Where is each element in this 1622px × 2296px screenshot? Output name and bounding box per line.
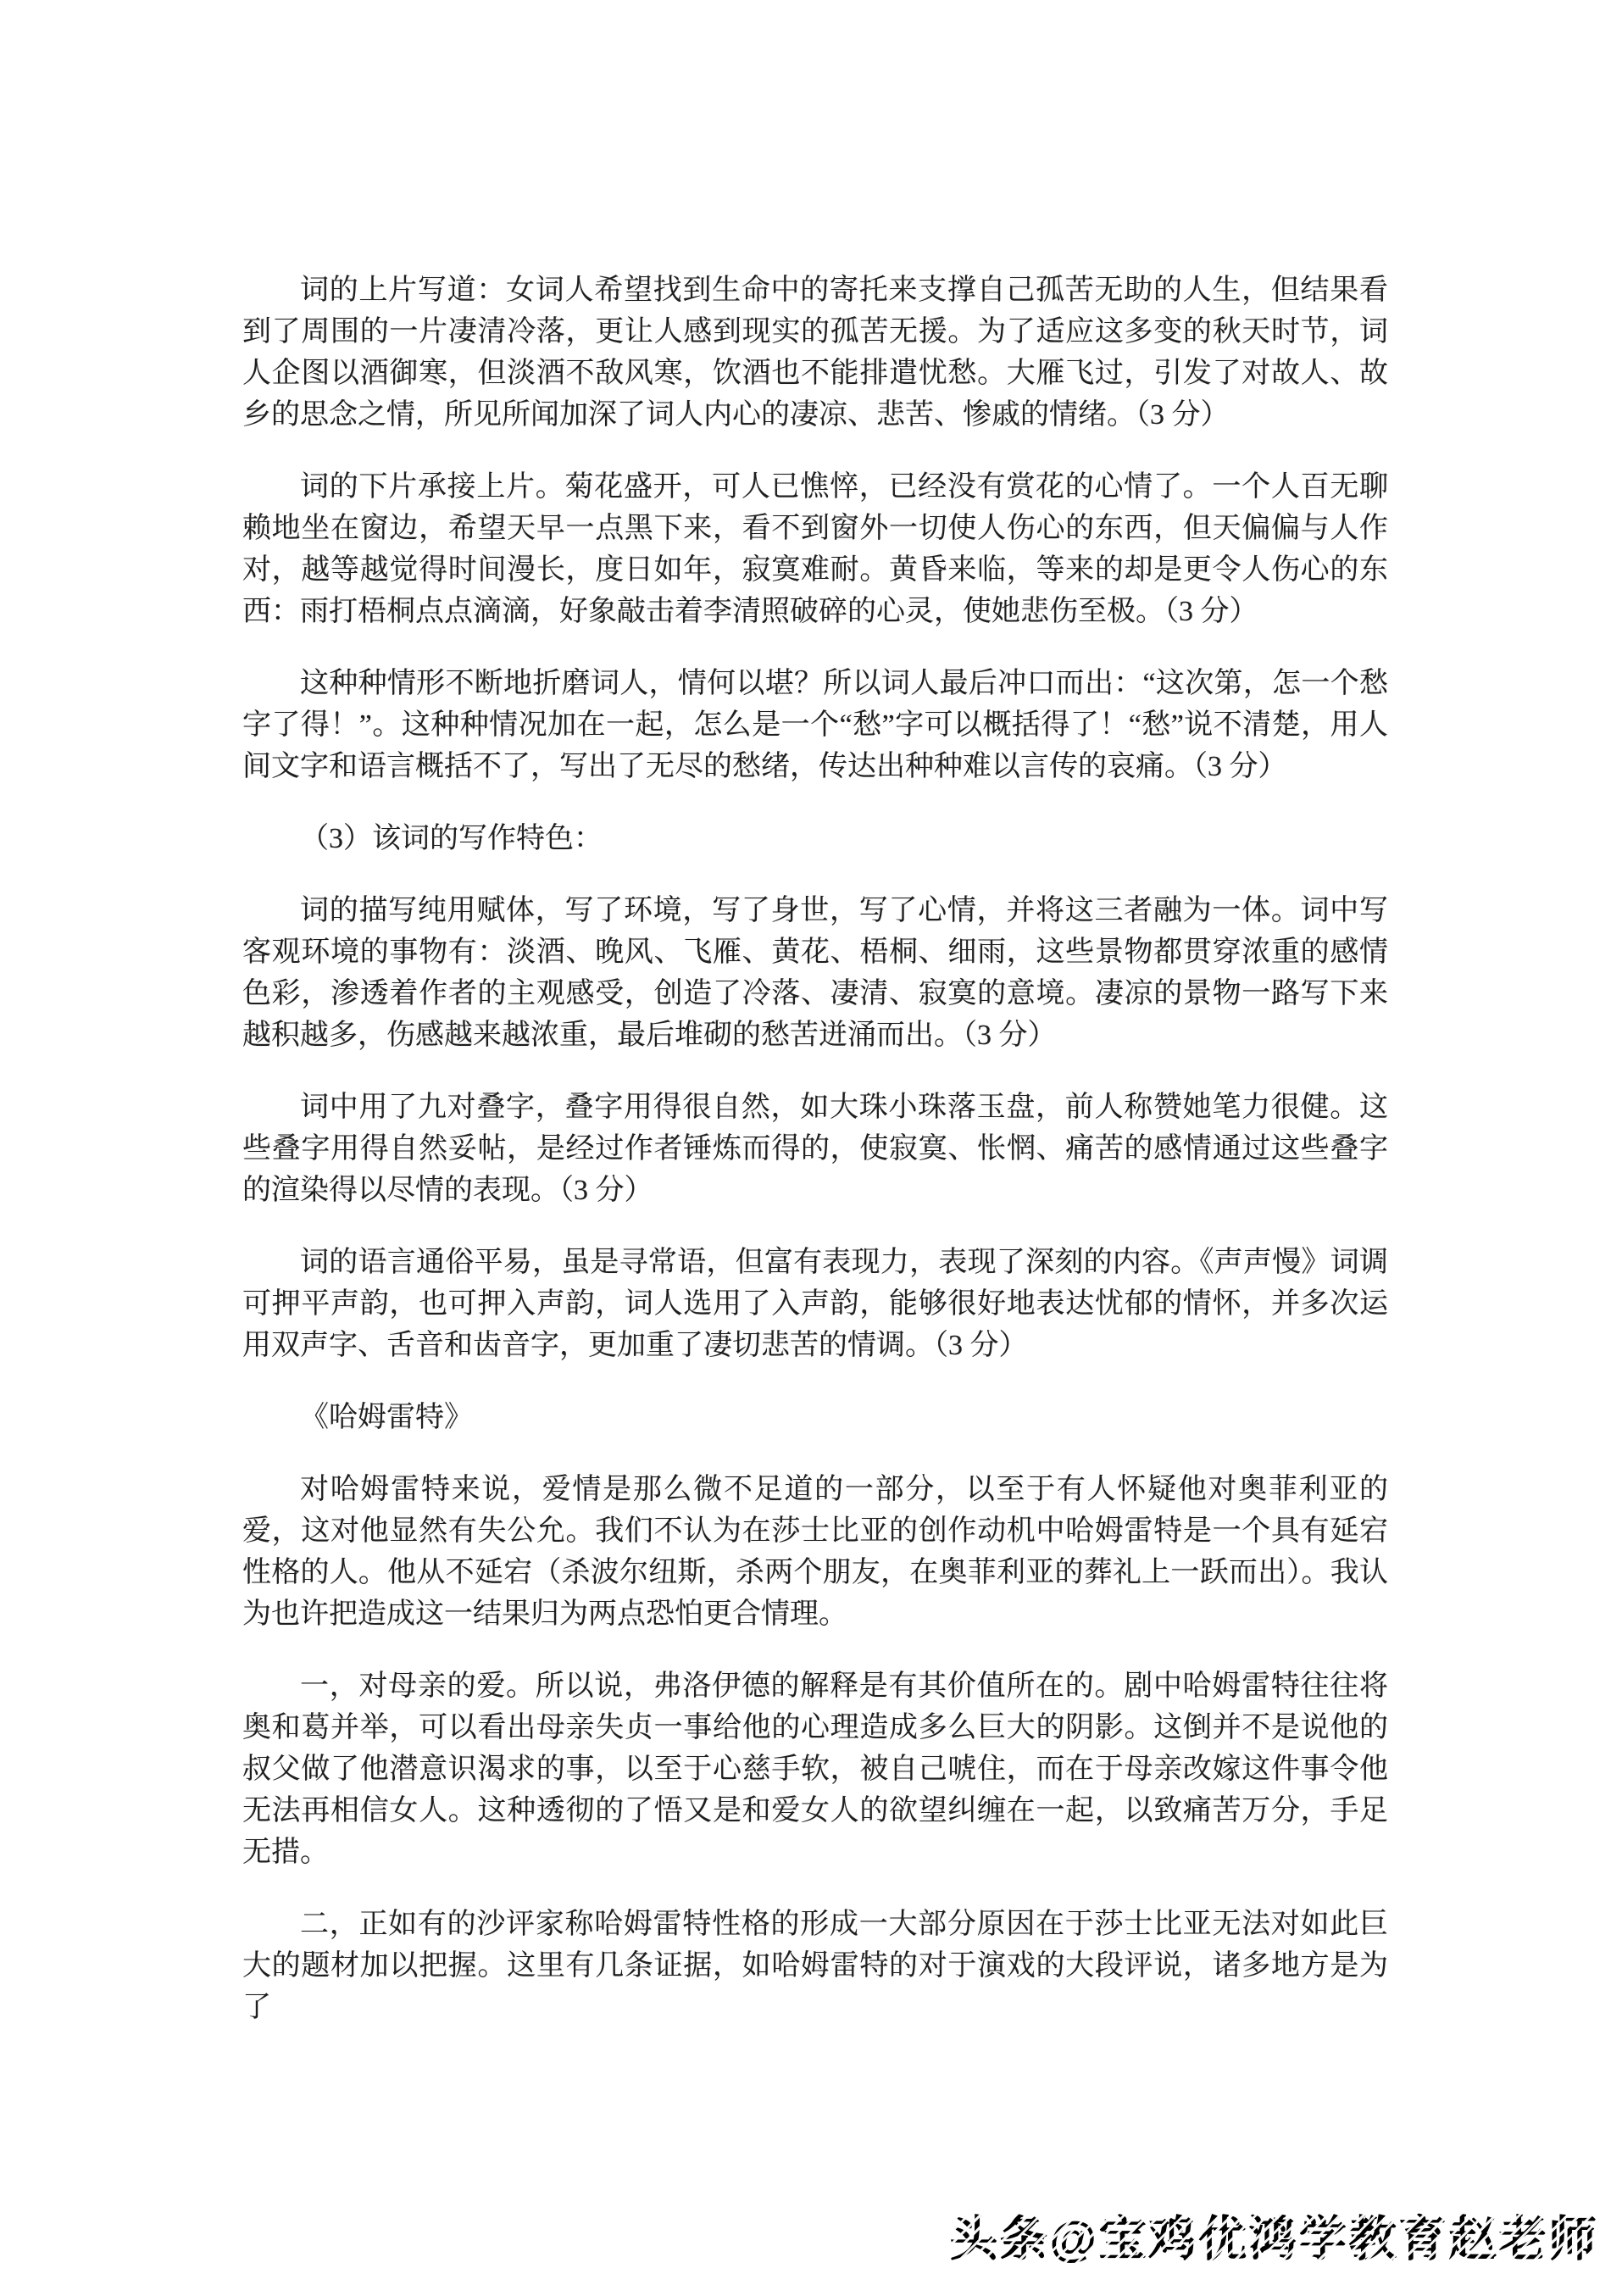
- watermark: 头条@宝鸡优鸿学教育赵老师: [949, 2200, 1598, 2270]
- paragraph-hamlet-point-two: 二，正如有的沙评家称哈姆雷特性格的形成一大部分原因在于莎士比亚无法对如此巨大的题…: [242, 1904, 1388, 2028]
- section-heading-writing-style: （3）该词的写作特色：: [242, 818, 1388, 859]
- paragraph-shangpian-analysis: 词的上片写道：女词人希望找到生命中的寄托来支撑自己孤苦无助的人生，但结果看到了周…: [242, 270, 1388, 436]
- paragraph-reduplicated-words: 词中用了九对叠字，叠字用得很自然，如大珠小珠落玉盘，前人称赞她笔力很健。这些叠字…: [242, 1087, 1388, 1211]
- paragraph-hamlet-point-one: 一，对母亲的爱。所以说，弗洛伊德的解释是有其价值所在的。剧中哈姆雷特往往将奥和葛…: [242, 1665, 1388, 1873]
- watermark-text: 头条@宝鸡优鸿学教育赵老师: [949, 2200, 1598, 2270]
- paragraph-language-style: 词的语言通俗平易，虽是寻常语，但富有表现力，表现了深刻的内容。《声声慢》词调可押…: [242, 1242, 1388, 1366]
- document-page: 词的上片写道：女词人希望找到生命中的寄托来支撑自己孤苦无助的人生，但结果看到了周…: [0, 0, 1622, 2296]
- section-heading-hamlet: 《哈姆雷特》: [242, 1397, 1388, 1438]
- text-content: 词的上片写道：女词人希望找到生命中的寄托来支撑自己孤苦无助的人生，但结果看到了周…: [242, 270, 1388, 2028]
- paragraph-xiapian-analysis: 词的下片承接上片。菊花盛开，可人已憔悴，已经没有赏花的心情了。一个人百无聊赖地坐…: [242, 466, 1388, 632]
- paragraph-hamlet-intro: 对哈姆雷特来说，爱情是那么微不足道的一部分，以至于有人怀疑他对奥菲利亚的爱，这对…: [242, 1469, 1388, 1635]
- paragraph-chou-conclusion: 这种种情形不断地折磨词人，情何以堪？所以词人最后冲口而出：“这次第，怎一个愁字了…: [242, 663, 1388, 787]
- paragraph-futi-imagery: 词的描写纯用赋体，写了环境，写了身世，写了心情，并将这三者融为一体。词中写客观环…: [242, 890, 1388, 1056]
